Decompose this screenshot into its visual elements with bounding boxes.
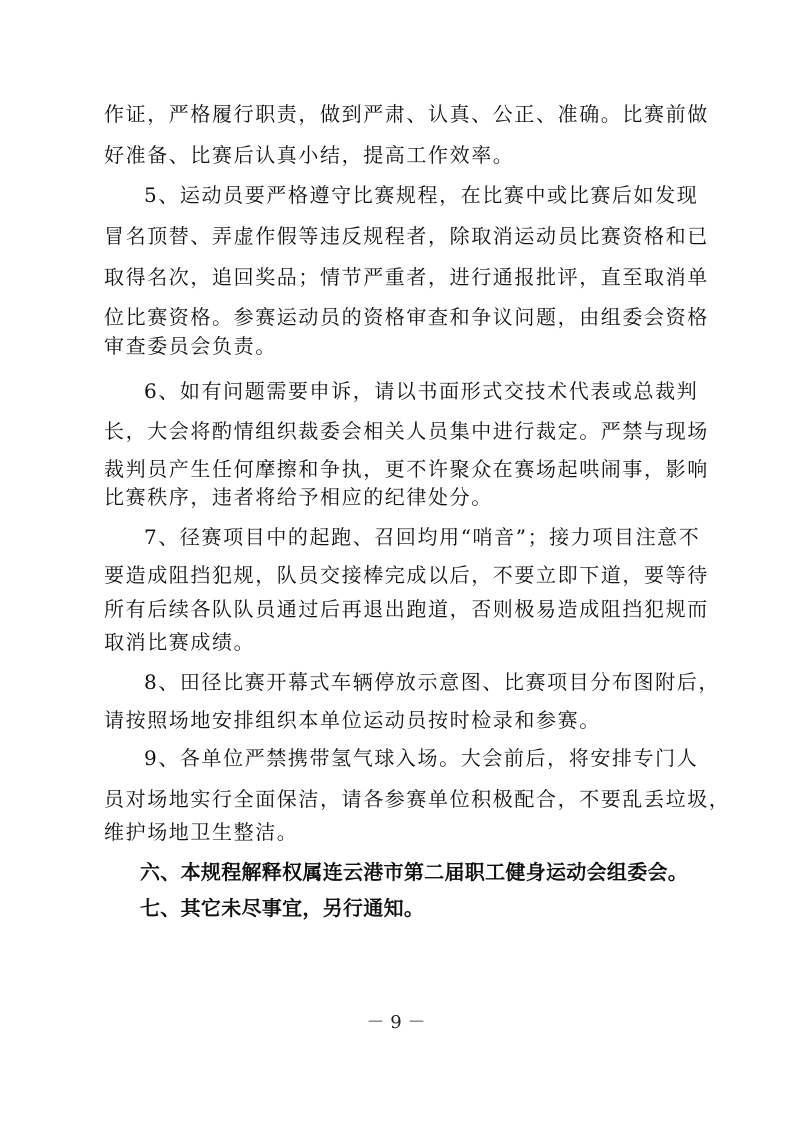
paragraph-9-start: 9、各单位严禁携带氢气球入场。大会前后，将安排专门人 — [144, 744, 744, 772]
text-line: 取得名次，追回奖品；情节严重者，进行通报批评，直至取消单 — [104, 263, 704, 291]
text-line: 要造成阻挡犯规，队员交接棒完成以后，不要立即下道，要等待 — [104, 561, 704, 589]
text-line: 长，大会将酌情组织裁委会相关人员集中进行裁定。严禁与现场 — [104, 417, 704, 445]
section-six-heading: 六、本规程解释权属连云港市第二届职工健身运动会组委会。 — [140, 858, 740, 886]
paragraph-6-start: 6、如有问题需要申诉，请以书面形式交技术代表或总裁判 — [144, 377, 744, 405]
text-line: 比赛秩序，违者将给予相应的纪律处分。 — [104, 483, 704, 511]
text-line: 取消比赛成绩。 — [104, 628, 704, 656]
text-line: 维护场地卫生整洁。 — [104, 818, 704, 846]
text-line: 裁判员产生任何摩擦和争执，更不许聚众在赛场起哄闹事，影响 — [104, 455, 704, 483]
document-page: 作证，严格履行职责，做到严肃、认真、公正、准确。比赛前做 好准备、比赛后认真小结… — [0, 0, 792, 1122]
text-line: 好准备、比赛后认真小结，提高工作效率。 — [104, 141, 704, 169]
page-number: － 9 － — [0, 1011, 792, 1035]
paragraph-7-start: 7、径赛项目中的起跑、召回均用“哨音”；接力项目注意不 — [144, 523, 744, 551]
text-line: 所有后续各队队员通过后再退出跑道，否则极易造成阻挡犯规而 — [104, 595, 704, 623]
text-line: 审查委员会负责。 — [104, 332, 704, 360]
text-line: 员对场地实行全面保洁，请各参赛单位积极配合，不要乱丢垃圾， — [104, 785, 704, 813]
section-seven-heading: 七、其它未尽事宜，另行通知。 — [140, 894, 740, 922]
paragraph-8-start: 8、田径比赛开幕式车辆停放示意图、比赛项目分布图附后， — [144, 668, 744, 696]
text-line: 请按照场地安排组织本单位运动员按时检录和参赛。 — [104, 706, 704, 734]
text-line: 冒名顶替、弄虚作假等违反规程者，除取消运动员比赛资格和已 — [104, 222, 704, 250]
text-line: 作证，严格履行职责，做到严肃、认真、公正、准确。比赛前做 — [104, 100, 704, 128]
text-line: 位比赛资格。参赛运动员的资格审查和争议问题，由组委会资格 — [104, 303, 704, 331]
paragraph-5-start: 5、运动员要严格遵守比赛规程，在比赛中或比赛后如发现 — [144, 181, 744, 209]
